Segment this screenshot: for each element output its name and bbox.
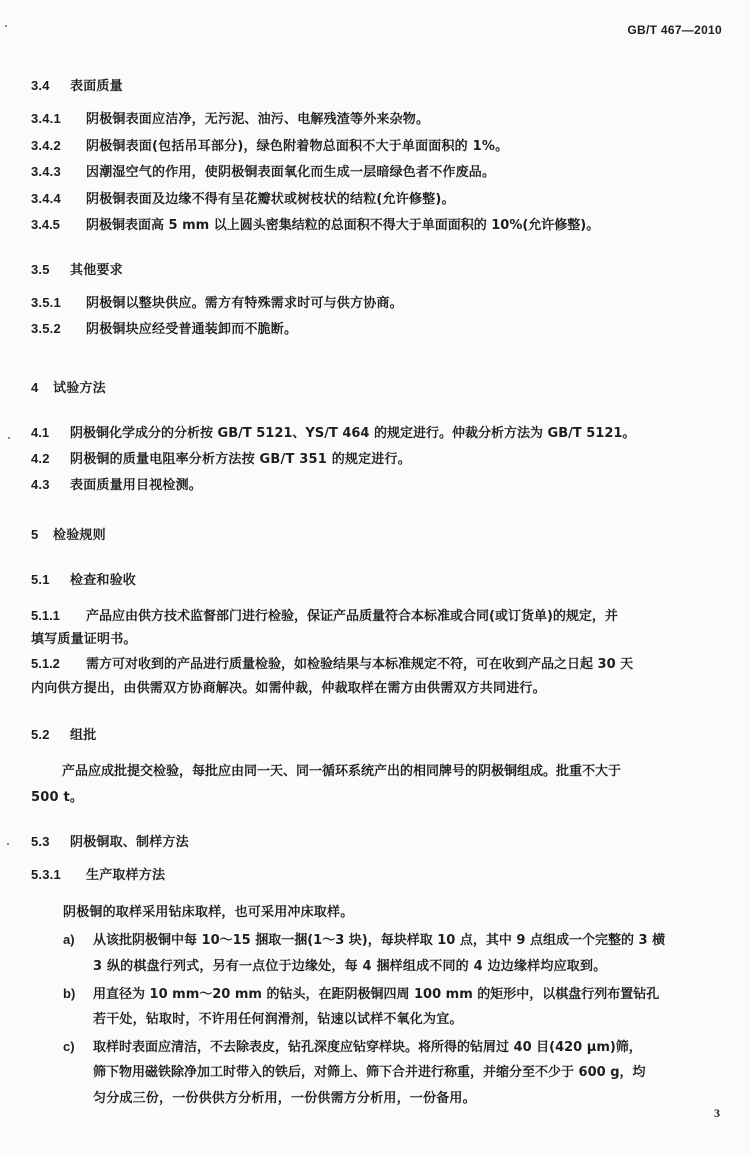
clause-4-2: 4.2阴极铜的质量电阻率分析方法按 GB/T 351 的规定进行。 [31,451,411,468]
clause-5-1-1-cont: 填写质量证明书。 [31,632,137,648]
list-item-c-cont: 筛下物用磁铁除净加工时带入的铁后，对筛上、筛下合并进行称重，并缩分至不少于 60… [93,1065,646,1081]
section-heading-3-5: 3.5其他要求 [31,262,123,279]
clause-3-4-5: 3.4.5阴极铜表面高 5 mm 以上圆头密集结粒的总面积不得大于单面面积的 1… [31,217,599,234]
section-heading-5-2: 5.2组批 [31,727,96,744]
clause-3-4-4: 3.4.4阴极铜表面及边缘不得有呈花瓣状或树枝状的结粒(允许修整)。 [31,191,455,208]
list-item-a: a)从该批阴极铜中每 10～15 捆取一捆(1～3 块)，每块样取 10 点，其… [63,932,665,949]
standard-code-header: GB/T 467—2010 [627,23,722,37]
scan-speck [8,437,10,439]
paragraph-5-2: 产品应成批提交检验，每批应由同一天、同一循环系统产出的相同牌号的阴极铜组成。批重… [62,764,621,780]
clause-5-1-1: 5.1.1产品应由供方技术监督部门进行检验，保证产品质量符合本标准或合同(或订货… [31,608,618,625]
chapter-heading-4: 4试验方法 [31,380,106,397]
section-heading-5-3: 5.3阴极铜取、制样方法 [31,834,189,851]
scan-speck [5,25,7,27]
clause-3-4-1: 3.4.1阴极铜表面应洁净，无污泥、油污、电解残渣等外来杂物。 [31,111,429,128]
list-item-c: c)取样时表面应清洁，不去除表皮，钻孔深度应钻穿样块。将所得的钻屑过 40 目(… [63,1039,642,1056]
clause-4-3: 4.3表面质量用目视检测。 [31,477,202,494]
subsection-heading-5-3-1: 5.3.1生产取样方法 [31,867,165,884]
list-item-b-cont: 若干处，钻取时，不许用任何润滑剂，钻速以试样不氧化为宜。 [93,1012,463,1028]
clause-3-4-3: 3.4.3因潮湿空气的作用，使阴极铜表面氧化而生成一层暗绿色者不作废品。 [31,164,495,181]
clause-3-4-2: 3.4.2阴极铜表面(包括吊耳部分)，绿色附着物总面积不大于单面面积的 1%。 [31,138,508,155]
section-heading-5-1: 5.1检查和验收 [31,572,136,589]
clause-5-1-2-cont: 内向供方提出，由供需双方协商解决。如需仲裁，仲裁取样在需方由供需双方共同进行。 [31,681,546,697]
scan-speck [7,843,9,845]
section-heading-3-4: 3.4表面质量 [31,78,123,95]
clause-3-5-2: 3.5.2阴极铜块应经受普通装卸而不脆断。 [31,321,297,338]
clause-4-1: 4.1阴极铜化学成分的分析按 GB/T 5121、YS/T 464 的规定进行。… [31,425,635,442]
list-item-c-cont-2: 匀分成三份，一份供供方分析用，一份供需方分析用，一份备用。 [93,1091,476,1107]
paragraph-5-3-1: 阴极铜的取样采用钻床取样，也可采用冲床取样。 [63,905,353,921]
page-number: 3 [714,1106,720,1121]
clause-3-5-1: 3.5.1阴极铜以整块供应。需方有特殊需求时可与供方协商。 [31,295,403,312]
list-item-a-cont: 3 纵的棋盘行列式，另有一点位于边缘处，每 4 捆样组成不同的 4 边边缘样均应… [93,959,606,975]
paragraph-5-2-cont: 500 t。 [31,790,83,806]
list-item-b: b)用直径为 10 mm～20 mm 的钻头，在距阴极铜四周 100 mm 的矩… [63,986,659,1003]
clause-5-1-2: 5.1.2需方可对收到的产品进行质量检验，如检验结果与本标准规定不符，可在收到产… [31,656,633,673]
chapter-heading-5: 5检验规则 [31,527,106,544]
